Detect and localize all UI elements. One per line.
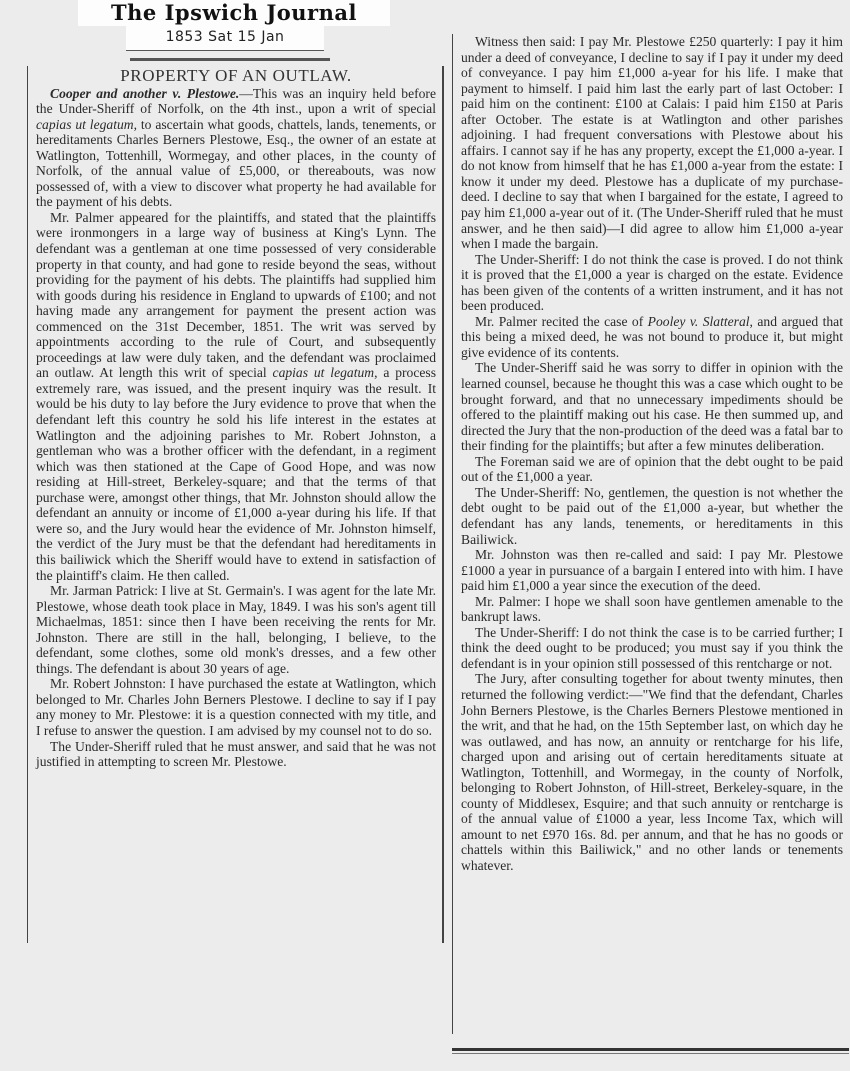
paragraph: The Jury, after consulting together for … <box>461 671 843 873</box>
paragraph: The Under-Sheriff: I do not think the ca… <box>461 625 843 672</box>
header-rule <box>130 58 330 61</box>
case-name: Cooper and another v. Plestowe. <box>50 86 239 101</box>
paragraph: The Under-Sheriff: I do not think the ca… <box>461 252 843 314</box>
issue-date: 1853 Sat 15 Jan <box>126 26 324 51</box>
paragraph: Mr. Palmer: I hope we shall soon have ge… <box>461 594 843 625</box>
footer-rule <box>452 1048 849 1051</box>
paragraph: Witness then said: I pay Mr. Plestowe £2… <box>461 34 843 252</box>
footer-rule-thin <box>452 1053 849 1054</box>
paragraph: The Under-Sheriff said he was sorry to d… <box>461 360 843 453</box>
paragraph: Cooper and another v. Plestowe.—This was… <box>36 86 436 210</box>
paragraph: Mr. Robert Johnston: I have purchased th… <box>36 676 436 738</box>
left-column: PROPERTY OF AN OUTLAW. Cooper and anothe… <box>27 66 444 943</box>
paragraph: The Under-Sheriff ruled that he must ans… <box>36 739 436 770</box>
paragraph: Mr. Palmer recited the case of Pooley v.… <box>461 314 843 361</box>
paragraph: The Under-Sheriff: No, gentlemen, the qu… <box>461 485 843 547</box>
paragraph: Mr. Johnston was then re-called and said… <box>461 547 843 594</box>
paragraph: The Foreman said we are of opinion that … <box>461 454 843 485</box>
right-column: Witness then said: I pay Mr. Plestowe £2… <box>452 34 850 1034</box>
paragraph: Mr. Palmer appeared for the plaintiffs, … <box>36 210 436 583</box>
newspaper-title: The Ipswich Journal <box>78 0 390 26</box>
paragraph: Mr. Jarman Patrick: I live at St. Germai… <box>36 583 436 676</box>
article-headline: PROPERTY OF AN OUTLAW. <box>36 68 436 84</box>
